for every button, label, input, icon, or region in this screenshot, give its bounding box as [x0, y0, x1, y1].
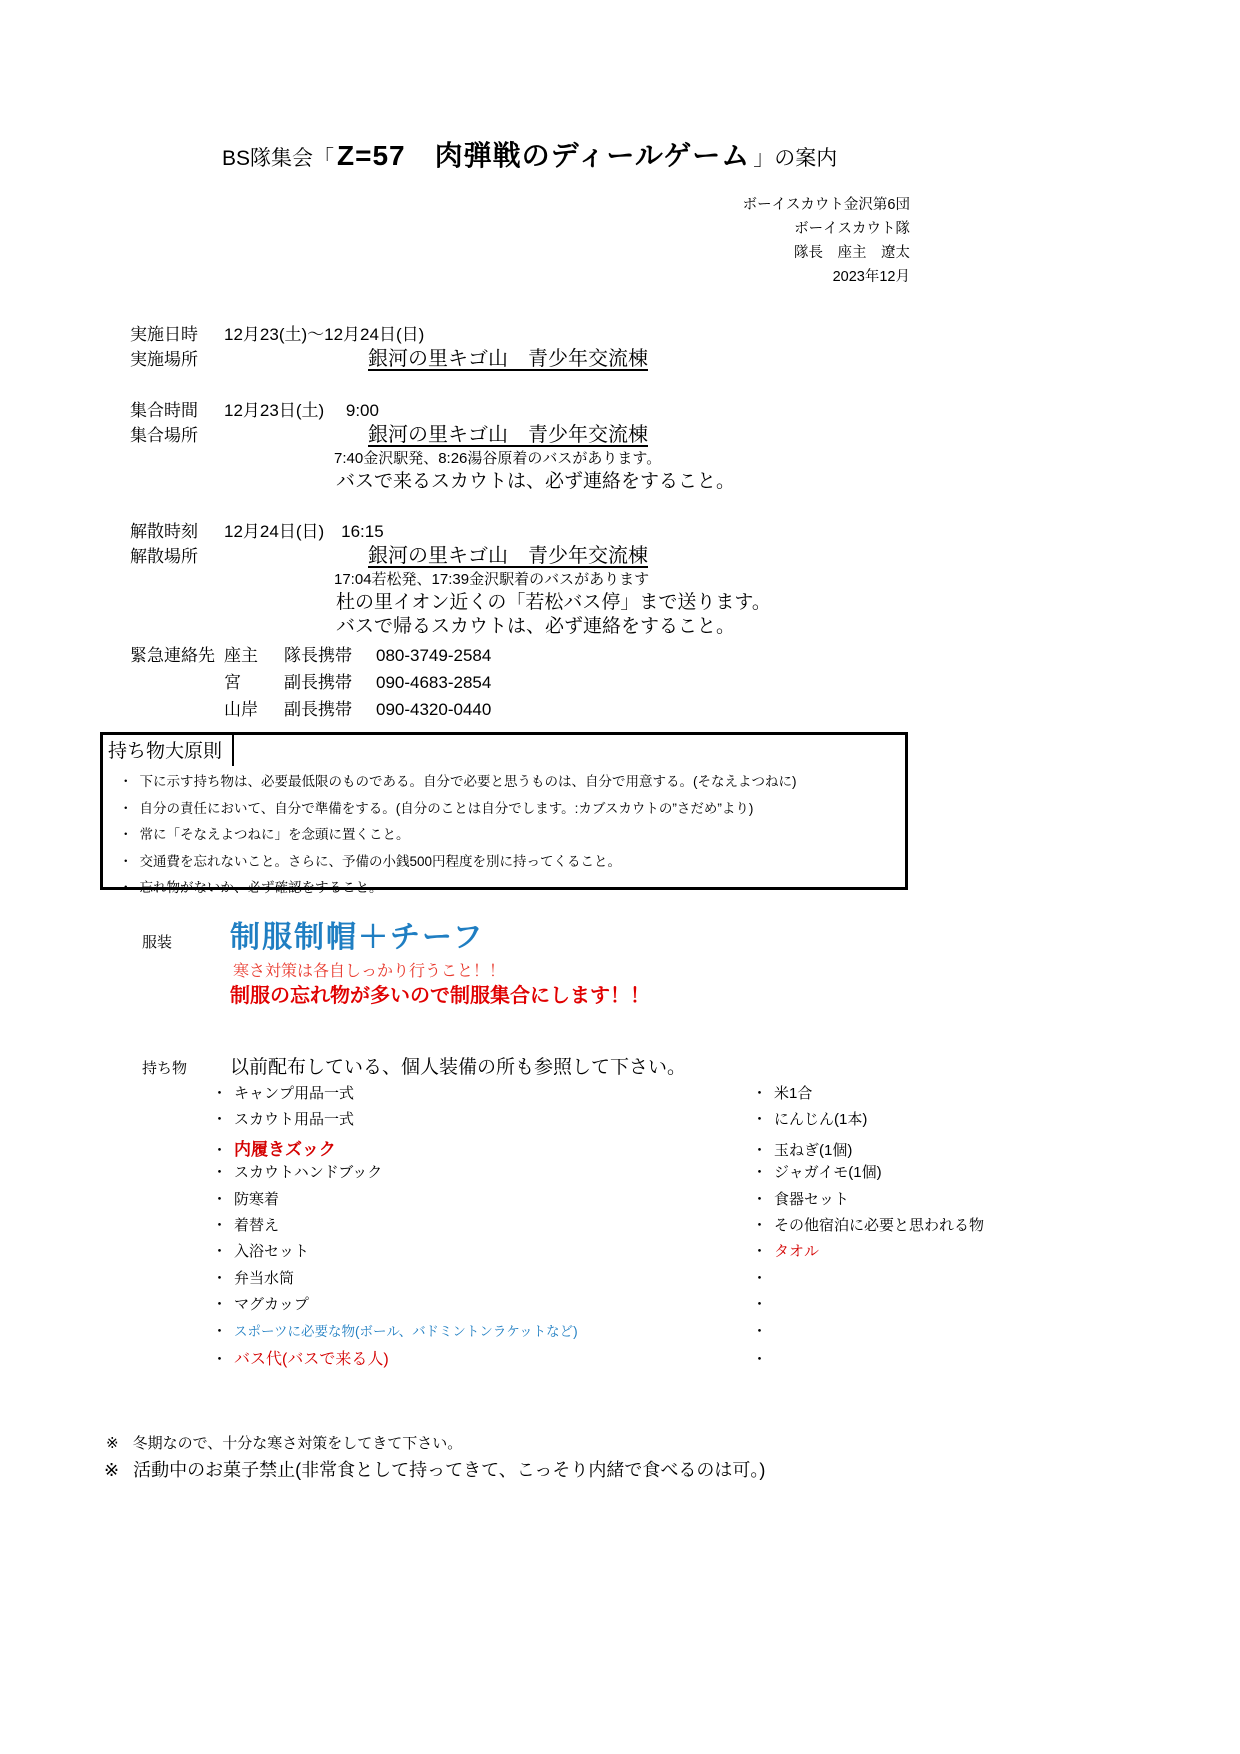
bullet-marker: ・: [212, 1161, 227, 1182]
contact-role: 副長携帯: [284, 695, 376, 720]
clothing-cold-warning: 寒さ対策は各自しっかり行うこと！！: [233, 958, 505, 981]
belongings-item-text: 入浴セット: [234, 1243, 309, 1260]
page-title: BS隊集会「Z=57 肉弾戦のディールゲーム」の案内: [222, 134, 837, 174]
bullet-marker: ・: [752, 1267, 767, 1288]
org-line-troop-group: ボーイスカウト金沢第6団: [743, 193, 910, 217]
contact-phone: 090-4320-0440: [376, 700, 491, 719]
bullet-marker: ・: [752, 1139, 767, 1160]
belongings-item: ・米1合: [752, 1082, 812, 1103]
belongings-item-text: スカウト用品一式: [234, 1111, 354, 1128]
belongings-intro: 以前配布している、個人装備の所も参照して下さい。: [230, 1052, 686, 1079]
org-line-troop: ボーイスカウト隊: [743, 217, 910, 241]
dismissal-place: 銀河の里キゴ山 青少年交流棟: [368, 539, 648, 568]
dismissal-time: 12月24日(日) 16:15: [224, 517, 384, 542]
label-event-place: 実施場所: [130, 345, 198, 370]
belongings-item-text: 防寒着: [234, 1191, 279, 1208]
belongings-row: ・キャンプ用品一式 ・米1合: [212, 1082, 1152, 1108]
belongings-item-text: タオル: [774, 1243, 819, 1260]
bullet-marker: ・: [752, 1161, 767, 1182]
label-meeting-time: 集合時間: [130, 396, 198, 421]
label-meeting-place: 集合場所: [130, 421, 198, 446]
principles-item: ・下に示す持ち物は、必要最低限のものである。自分で必要と思うものは、自分で用意す…: [119, 769, 905, 796]
belongings-item: ・: [752, 1348, 774, 1369]
title-suffix: 」の案内: [753, 142, 837, 172]
belongings-item-text: スポーツに必要な物(ボール、バドミントンラケットなど): [234, 1324, 578, 1339]
emergency-contact-row: 宮副長携帯090-4683-2854: [224, 668, 491, 693]
belongings-item: ・その他宿泊に必要と思われる物: [752, 1214, 984, 1235]
belongings-row: ・弁当水筒 ・: [212, 1267, 1152, 1293]
bullet-marker: ・: [752, 1293, 767, 1314]
belongings-row: ・スカウト用品一式 ・にんじん(1本): [212, 1108, 1152, 1134]
belongings-item: ・入浴セット: [212, 1240, 752, 1261]
belongings-item: ・防寒着: [212, 1188, 752, 1209]
belongings-item: ・: [752, 1293, 774, 1314]
bullet-marker: ・: [212, 1188, 227, 1209]
document-page: BS隊集会「Z=57 肉弾戦のディールゲーム」の案内 ボーイスカウト金沢第6団 …: [0, 0, 1240, 1754]
title-prefix: BS隊集会「: [222, 142, 334, 172]
belongings-item: ・スポーツに必要な物(ボール、バドミントンラケットなど): [212, 1320, 752, 1341]
bullet-marker: ・: [212, 1348, 227, 1369]
belongings-item: ・スカウト用品一式: [212, 1108, 752, 1129]
bullet-marker: ・: [212, 1293, 227, 1314]
belongings-item: ・タオル: [752, 1240, 819, 1261]
belongings-principles-box: 持ち物大原則 ・下に示す持ち物は、必要最低限のものである。自分で必要と思うものは…: [100, 732, 908, 890]
principles-item: ・忘れ物がないか、必ず確認をすること。: [119, 875, 905, 902]
dismissal-send-note: 杜の里イオン近くの「若松バス停」まで送ります。: [336, 587, 771, 614]
belongings-row: ・入浴セット ・タオル: [212, 1240, 1152, 1266]
belongings-row: ・内履きズック ・玉ねぎ(1個): [212, 1135, 1152, 1161]
org-line-date: 2023年12月: [743, 265, 910, 289]
bullet-marker: ・: [212, 1214, 227, 1235]
belongings-item-text: スカウトハンドブック: [234, 1164, 382, 1181]
label-belongings: 持ち物: [142, 1057, 187, 1078]
belongings-item-text: 着替え: [234, 1217, 279, 1234]
label-event-datetime: 実施日時: [130, 320, 198, 345]
principles-item-text: 自分の責任において、自分で準備をする。(自分のことは自分でします。:カブスカウト…: [140, 801, 754, 816]
belongings-item-text: バス代(バスで来る人): [234, 1351, 389, 1368]
belongings-item-text: にんじん(1本): [774, 1111, 867, 1128]
footnote-cold: ※冬期なので、十分な寒さ対策をしてきて下さい。: [106, 1432, 462, 1453]
principles-item-text: 交通費を忘れないこと。さらに、予備の小銭500円程度を別に持ってくること。: [140, 854, 622, 869]
belongings-item-text: その他宿泊に必要と思われる物: [774, 1217, 984, 1234]
contact-phone: 090-4683-2854: [376, 673, 491, 692]
belongings-item: ・着替え: [212, 1214, 752, 1235]
belongings-item: ・キャンプ用品一式: [212, 1082, 752, 1103]
belongings-list: ・キャンプ用品一式 ・米1合 ・スカウト用品一式 ・にんじん(1本) ・内履きズ…: [212, 1082, 1152, 1372]
bullet-marker: ・: [212, 1320, 227, 1341]
emergency-contact-row: 座主隊長携帯080-3749-2584: [224, 641, 491, 666]
title-event-name: Z=57 肉弾戦のディールゲーム: [337, 134, 750, 174]
org-line-leader: 隊長 座主 遼太: [743, 241, 910, 265]
belongings-item-text: キャンプ用品一式: [234, 1085, 354, 1102]
contact-phone: 080-3749-2584: [376, 646, 491, 665]
footnote-text: 冬期なので、十分な寒さ対策をしてきて下さい。: [133, 1435, 463, 1452]
bullet-marker: ・: [212, 1108, 227, 1129]
belongings-item-text: 米1合: [774, 1085, 812, 1102]
belongings-item-text: マグカップ: [234, 1296, 309, 1313]
label-dismissal-place: 解散場所: [130, 542, 198, 567]
principles-list: ・下に示す持ち物は、必要最低限のものである。自分で必要と思うものは、自分で用意す…: [103, 766, 905, 902]
label-emergency-contact: 緊急連絡先: [130, 641, 215, 666]
principles-item: ・交通費を忘れないこと。さらに、予備の小銭500円程度を別に持ってくること。: [119, 849, 905, 876]
principles-item: ・自分の責任において、自分で準備をする。(自分のことは自分でします。:カブスカウ…: [119, 796, 905, 823]
event-place: 銀河の里キゴ山 青少年交流棟: [368, 342, 648, 371]
belongings-item: ・: [752, 1267, 774, 1288]
meeting-place: 銀河の里キゴ山 青少年交流棟: [368, 418, 648, 447]
bullet-marker: ・: [212, 1267, 227, 1288]
contact-name: 座主: [224, 641, 284, 666]
contact-name: 宮: [224, 668, 284, 693]
belongings-item-text: 内履きズック: [234, 1140, 336, 1159]
contact-name: 山岸: [224, 695, 284, 720]
bullet-marker: ・: [752, 1214, 767, 1235]
belongings-item-text: 食器セット: [774, 1191, 849, 1208]
reference-mark: ※: [106, 1434, 119, 1452]
clothing-uniform-warning: 制服の忘れ物が多いので制服集合にします！！: [230, 979, 650, 1008]
meeting-bus-note: バスで来るスカウトは、必ず連絡をすること。: [336, 466, 735, 493]
principles-item-text: 下に示す持ち物は、必要最低限のものである。自分で必要と思うものは、自分で用意する…: [140, 774, 797, 789]
dismissal-bus-info: 17:04若松発、17:39金沢駅着のバスがあります: [334, 568, 649, 589]
belongings-item: ・弁当水筒: [212, 1267, 752, 1288]
bullet-marker: ・: [212, 1139, 227, 1160]
principles-item-text: 常に「そなえよつねに」を念頭に置くこと。: [140, 827, 410, 842]
bullet-marker: ・: [119, 849, 133, 876]
belongings-item: ・ジャガイモ(1個): [752, 1161, 882, 1182]
belongings-row: ・スポーツに必要な物(ボール、バドミントンラケットなど) ・: [212, 1320, 1152, 1346]
clothing-uniform-text: 制服制帽＋チーフ: [230, 912, 485, 956]
belongings-item-text: 弁当水筒: [234, 1270, 294, 1287]
bullet-marker: ・: [212, 1082, 227, 1103]
belongings-item: ・にんじん(1本): [752, 1108, 867, 1129]
belongings-item-text: ジャガイモ(1個): [774, 1164, 882, 1181]
bullet-marker: ・: [119, 796, 133, 823]
meeting-time: 12月23日(土) 9:00: [224, 396, 379, 421]
belongings-item: ・食器セット: [752, 1188, 849, 1209]
bullet-marker: ・: [752, 1320, 767, 1341]
bullet-marker: ・: [212, 1240, 227, 1261]
belongings-row: ・スカウトハンドブック ・ジャガイモ(1個): [212, 1161, 1152, 1187]
meeting-bus-info: 7:40金沢駅発、8:26湯谷原着のバスがあります。: [334, 447, 661, 468]
organization-block: ボーイスカウト金沢第6団 ボーイスカウト隊 隊長 座主 遼太 2023年12月: [743, 193, 910, 289]
contact-role: 副長携帯: [284, 668, 376, 693]
belongings-item-text: 玉ねぎ(1個): [774, 1142, 852, 1159]
principles-item: ・常に「そなえよつねに」を念頭に置くこと。: [119, 822, 905, 849]
footnote-snacks: ※活動中のお菓子禁止(非常食として持ってきて、こっそり内緒で食べるのは可。): [104, 1456, 765, 1482]
label-dismissal-time: 解散時刻: [130, 517, 198, 542]
belongings-row: ・バス代(バスで来る人) ・: [212, 1346, 1152, 1372]
bullet-marker: ・: [752, 1108, 767, 1129]
belongings-item: ・スカウトハンドブック: [212, 1161, 752, 1182]
belongings-row: ・着替え ・その他宿泊に必要と思われる物: [212, 1214, 1152, 1240]
principles-item-text: 忘れ物がないか、必ず確認をすること。: [140, 880, 383, 895]
belongings-item: ・マグカップ: [212, 1293, 752, 1314]
dismissal-bus-note: バスで帰るスカウトは、必ず連絡をすること。: [336, 611, 735, 638]
emergency-contact-row: 山岸副長携帯090-4320-0440: [224, 695, 491, 720]
reference-mark: ※: [104, 1460, 119, 1481]
bullet-marker: ・: [119, 822, 133, 849]
contact-role: 隊長携帯: [284, 641, 376, 666]
belongings-row: ・マグカップ ・: [212, 1293, 1152, 1319]
belongings-item: ・: [752, 1320, 774, 1341]
bullet-marker: ・: [752, 1188, 767, 1209]
bullet-marker: ・: [119, 875, 133, 902]
label-clothing: 服装: [142, 931, 172, 952]
bullet-marker: ・: [119, 769, 133, 796]
belongings-item: ・バス代(バスで来る人): [212, 1346, 752, 1369]
bullet-marker: ・: [752, 1348, 767, 1369]
footnote-text: 活動中のお菓子禁止(非常食として持ってきて、こっそり内緒で食べるのは可。): [133, 1460, 765, 1480]
belongings-row: ・防寒着 ・食器セット: [212, 1188, 1152, 1214]
belongings-item: ・内履きズック: [212, 1135, 752, 1160]
principles-title: 持ち物大原則: [103, 735, 234, 766]
bullet-marker: ・: [752, 1240, 767, 1261]
belongings-item: ・玉ねぎ(1個): [752, 1139, 852, 1160]
bullet-marker: ・: [752, 1082, 767, 1103]
